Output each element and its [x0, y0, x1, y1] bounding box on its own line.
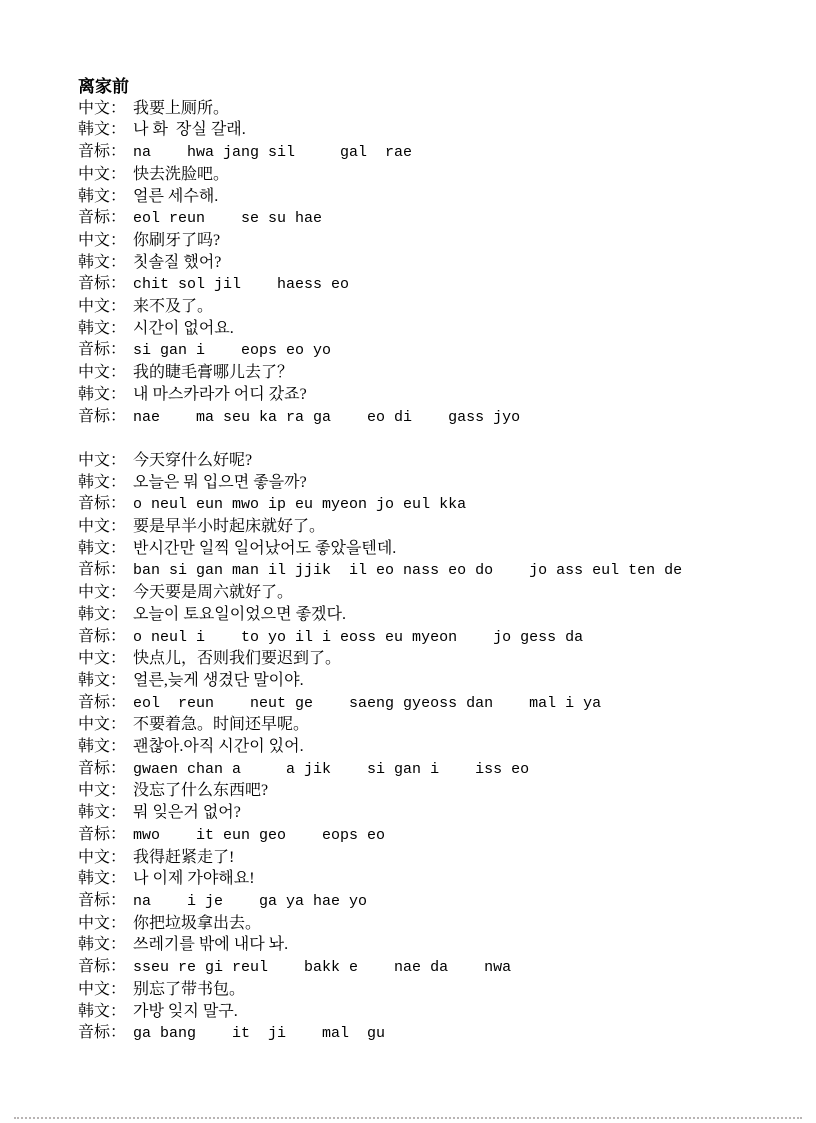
phonetic-line: 音标：ga bang it ji mal gu — [78, 1022, 786, 1045]
phonetic-label: 音标： — [78, 826, 126, 843]
phonetic-label: 音标： — [78, 628, 126, 645]
phonetic-label: 音标： — [78, 275, 126, 292]
korean-label: 韩文： — [78, 672, 126, 689]
korean-line: 韩文：시간이 없어요. — [78, 318, 786, 340]
chinese-line: 中文：别忘了带书包。 — [78, 979, 786, 1001]
chinese-label: 中文： — [78, 518, 126, 535]
phonetic-line: 音标：chit sol jil haess eo — [78, 273, 786, 296]
phonetic-line: 音标：gwaen chan a a jik si gan i iss eo — [78, 758, 786, 781]
chinese-text: 今天穿什么好呢? — [133, 452, 252, 469]
document-page: 离家前 中文：我要上厕所。韩文：나 화 장실 갈래.音标：na hwa jang… — [0, 0, 816, 1123]
phonetic-text: nae ma seu ka ra ga eo di gass jyo — [133, 409, 520, 426]
korean-text: 쓰레기를 밖에 내다 놔. — [133, 936, 288, 953]
phonetic-text: eol reun neut ge saeng gyeoss dan mal i … — [133, 695, 601, 712]
korean-line: 韩文：나 화 장실 갈래. — [78, 119, 786, 141]
chinese-label: 中文： — [78, 584, 126, 601]
korean-text: 시간이 없어요. — [133, 320, 234, 337]
korean-line: 韩文：쓰레기를 밖에 내다 놔. — [78, 934, 786, 956]
phonetic-text: o neul eun mwo ip eu myeon jo eul kka — [133, 496, 466, 513]
section-spacer — [78, 428, 786, 450]
korean-label: 韩文： — [78, 121, 126, 138]
korean-line: 韩文：가방 잊지 말구. — [78, 1001, 786, 1023]
phonetic-text: eol reun se su hae — [133, 210, 322, 227]
phonetic-text: na i je ga ya hae yo — [133, 893, 367, 910]
korean-text: 얼른 세수해. — [133, 188, 218, 205]
page-title: 离家前 — [78, 76, 786, 98]
phonetic-text: sseu re gi reul bakk e nae da nwa — [133, 959, 511, 976]
korean-label: 韩文： — [78, 320, 126, 337]
chinese-text: 别忘了带书包。 — [133, 981, 245, 998]
chinese-text: 你刷牙了吗? — [133, 232, 220, 249]
korean-text: 뭐 잊은거 없어? — [133, 804, 241, 821]
chinese-label: 中文： — [78, 650, 126, 667]
chinese-text: 今天要是周六就好了。 — [133, 584, 293, 601]
korean-label: 韩文： — [78, 804, 126, 821]
phonetic-label: 音标： — [78, 958, 126, 975]
chinese-line: 中文：没忘了什么东西吧? — [78, 780, 786, 802]
chinese-label: 中文： — [78, 849, 126, 866]
phonetic-label: 音标： — [78, 408, 126, 425]
chinese-line: 中文：今天穿什么好呢? — [78, 450, 786, 472]
korean-label: 韩文： — [78, 474, 126, 491]
chinese-label: 中文： — [78, 716, 126, 733]
korean-label: 韩文： — [78, 540, 126, 557]
korean-line: 韩文：얼른,늦게 생겼단 말이야. — [78, 670, 786, 692]
chinese-line: 中文：要是早半小时起床就好了。 — [78, 516, 786, 538]
korean-label: 韩文： — [78, 870, 126, 887]
korean-label: 韩文： — [78, 1003, 126, 1020]
phonetic-text: gwaen chan a a jik si gan i iss eo — [133, 761, 529, 778]
korean-label: 韩文： — [78, 254, 126, 271]
phonetic-text: chit sol jil haess eo — [133, 276, 349, 293]
chinese-line: 中文：今天要是周六就好了。 — [78, 582, 786, 604]
korean-line: 韩文：얼른 세수해. — [78, 186, 786, 208]
korean-text: 가방 잊지 말구. — [133, 1003, 238, 1020]
chinese-label: 中文： — [78, 981, 126, 998]
chinese-text: 你把垃圾拿出去。 — [133, 915, 261, 932]
chinese-line: 中文：我的睫毛膏哪儿去了？ — [78, 362, 786, 384]
phonetic-text: mwo it eun geo eops eo — [133, 827, 385, 844]
chinese-label: 中文： — [78, 100, 126, 117]
korean-line: 韩文：반시간만 일찍 일어났어도 좋았을텐데. — [78, 538, 786, 560]
chinese-line: 中文：我得赶紧走了! — [78, 847, 786, 869]
phonetic-line: 音标：na i je ga ya hae yo — [78, 890, 786, 913]
korean-label: 韩文： — [78, 606, 126, 623]
phonetic-line: 音标：o neul eun mwo ip eu myeon jo eul kka — [78, 493, 786, 516]
phonetic-text: na hwa jang sil gal rae — [133, 144, 412, 161]
chinese-label: 中文： — [78, 298, 126, 315]
korean-text: 반시간만 일찍 일어났어도 좋았을텐데. — [133, 540, 396, 557]
phonetic-line: 音标：sseu re gi reul bakk e nae da nwa — [78, 956, 786, 979]
korean-label: 韩文： — [78, 936, 126, 953]
chinese-label: 中文： — [78, 364, 126, 381]
chinese-label: 中文： — [78, 782, 126, 799]
chinese-label: 中文： — [78, 166, 126, 183]
phonetic-line: 音标：nae ma seu ka ra ga eo di gass jyo — [78, 406, 786, 429]
phonetic-line: 音标：ban si gan man il jjik il eo nass eo … — [78, 559, 786, 582]
phonetic-line: 音标：eol reun se su hae — [78, 207, 786, 230]
chinese-label: 中文： — [78, 452, 126, 469]
phonetic-label: 音标： — [78, 209, 126, 226]
korean-label: 韩文： — [78, 386, 126, 403]
chinese-line: 中文：我要上厕所。 — [78, 98, 786, 120]
korean-text: 오늘이 토요일이었으면 좋겠다. — [133, 606, 346, 623]
korean-text: 칫솔질 했어? — [133, 254, 221, 271]
chinese-line: 中文：你刷牙了吗? — [78, 230, 786, 252]
korean-text: 괜찮아.아직 시간이 있어. — [133, 738, 304, 755]
korean-text: 나 이제 가야해요! — [133, 870, 255, 887]
korean-text: 내 마스카라가 어디 갔죠? — [133, 386, 307, 403]
korean-line: 韩文：내 마스카라가 어디 갔죠? — [78, 384, 786, 406]
chinese-text: 快去洗脸吧。 — [133, 166, 229, 183]
chinese-text: 我的睫毛膏哪儿去了？ — [133, 364, 293, 381]
korean-text: 나 화 장실 갈래. — [133, 121, 246, 138]
phonetic-line: 音标：si gan i eops eo yo — [78, 339, 786, 362]
phonetic-text: o neul i to yo il i eoss eu myeon jo ges… — [133, 629, 583, 646]
chinese-text: 我得赶紧走了! — [133, 849, 234, 866]
phonetic-label: 音标： — [78, 561, 126, 578]
phonetic-line: 音标：o neul i to yo il i eoss eu myeon jo … — [78, 626, 786, 649]
phonetic-label: 音标： — [78, 495, 126, 512]
page-bottom-dotted-line — [14, 1117, 802, 1119]
chinese-label: 中文： — [78, 915, 126, 932]
korean-line: 韩文：오늘이 토요일이었으면 좋겠다. — [78, 604, 786, 626]
chinese-line: 中文：不要着急。时间还早呢。 — [78, 714, 786, 736]
phonetic-line: 音标：eol reun neut ge saeng gyeoss dan mal… — [78, 692, 786, 715]
chinese-text: 我要上厕所。 — [133, 100, 229, 117]
phonetic-text: ban si gan man il jjik il eo nass eo do … — [133, 562, 682, 579]
korean-line: 韩文：뭐 잊은거 없어? — [78, 802, 786, 824]
dialogue-lines: 中文：我要上厕所。韩文：나 화 장실 갈래.音标：na hwa jang sil… — [78, 98, 786, 1045]
korean-label: 韩文： — [78, 738, 126, 755]
phonetic-label: 音标： — [78, 760, 126, 777]
korean-text: 얼른,늦게 생겼단 말이야. — [133, 672, 304, 689]
phonetic-label: 音标： — [78, 341, 126, 358]
chinese-line: 中文：你把垃圾拿出去。 — [78, 913, 786, 935]
chinese-text: 要是早半小时起床就好了。 — [133, 518, 325, 535]
korean-line: 韩文：괜찮아.아직 시간이 있어. — [78, 736, 786, 758]
chinese-line: 中文：来不及了。 — [78, 296, 786, 318]
korean-line: 韩文：나 이제 가야해요! — [78, 868, 786, 890]
korean-line: 韩文：칫솔질 했어? — [78, 252, 786, 274]
phonetic-label: 音标： — [78, 143, 126, 160]
document-content: 离家前 中文：我要上厕所。韩文：나 화 장실 갈래.音标：na hwa jang… — [0, 0, 816, 1045]
chinese-text: 快点儿，否则我们要迟到了。 — [133, 650, 341, 667]
phonetic-label: 音标： — [78, 1024, 126, 1041]
phonetic-label: 音标： — [78, 694, 126, 711]
chinese-text: 没忘了什么东西吧? — [133, 782, 268, 799]
korean-text: 오늘은 뭐 입으면 좋을까? — [133, 474, 307, 491]
chinese-line: 中文：快去洗脸吧。 — [78, 164, 786, 186]
chinese-line: 中文：快点儿，否则我们要迟到了。 — [78, 648, 786, 670]
chinese-label: 中文： — [78, 232, 126, 249]
phonetic-label: 音标： — [78, 892, 126, 909]
chinese-text: 不要着急。时间还早呢。 — [133, 716, 309, 733]
phonetic-line: 音标：mwo it eun geo eops eo — [78, 824, 786, 847]
phonetic-text: ga bang it ji mal gu — [133, 1025, 385, 1042]
chinese-text: 来不及了。 — [133, 298, 213, 315]
phonetic-line: 音标：na hwa jang sil gal rae — [78, 141, 786, 164]
korean-line: 韩文：오늘은 뭐 입으면 좋을까? — [78, 472, 786, 494]
korean-label: 韩文： — [78, 188, 126, 205]
phonetic-text: si gan i eops eo yo — [133, 342, 331, 359]
